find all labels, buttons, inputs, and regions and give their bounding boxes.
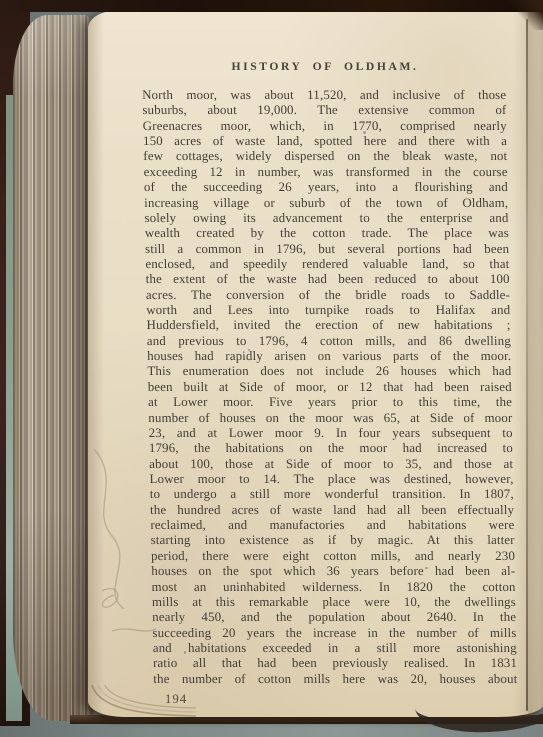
text-line: wealth created by the cotton trade. The …: [145, 226, 509, 241]
text-line: still a common in 1796, but several port…: [145, 242, 509, 257]
book-cover-top-edge: [0, 0, 543, 12]
page-edge-shadow: [528, 11, 543, 717]
page-stack-fore-edge: [13, 15, 95, 721]
text-line: houses had rapidly arisen on various par…: [147, 349, 511, 364]
text-line: succeeding 20 years the increase in the …: [152, 626, 516, 641]
text-line: about 100, those at Side of moor to 35, …: [149, 457, 513, 472]
text-line: solely owing its advancement to the ente…: [144, 211, 508, 226]
text-line: to undergo a still more wonderful transi…: [150, 487, 514, 502]
text-line: of the succeeding 26 years, into a flour…: [144, 180, 508, 195]
text-line: Greenacres moor, which, in 1770, compris…: [143, 119, 507, 134]
text-line: and previous to 1796, 4 cotton mills, an…: [147, 334, 511, 349]
text-line: period, there were eight cotton mills, a…: [151, 549, 515, 564]
text-line: exceeding 12 in number, was transformed …: [143, 165, 507, 180]
page-number: 194: [165, 692, 187, 707]
stain: [363, 131, 366, 134]
text-line: the extent of the waste had been reduced…: [146, 272, 510, 287]
text-line: and habitations exceeded in a still more…: [153, 641, 517, 656]
text-line: nearly 450, and the population about 264…: [152, 610, 516, 625]
text-line: 23, and at Lower moor 9. In four years s…: [148, 426, 512, 441]
stain: [425, 567, 428, 569]
running-header: HISTORY OF OLDHAM.: [142, 60, 508, 73]
text-line: number of houses on the moor was 65, at …: [148, 411, 512, 426]
text-line: most an uninhabited wilderness. In 1820 …: [151, 580, 515, 595]
text-line: been built at Side of moor, or 12 that h…: [148, 380, 512, 395]
text-line: enclosed, and speedily rendered valuable…: [145, 257, 509, 272]
text-line: increasing village or suburb of the town…: [144, 196, 508, 211]
text-line: 1796, the habitations on the moor had in…: [149, 441, 513, 456]
text-line: Lower moor to 14. The place was destined…: [149, 472, 513, 487]
text-line: few cottages, widely dispersed on the bl…: [143, 149, 507, 164]
text-line: This enumeration does not include 26 hou…: [147, 364, 511, 379]
text-line: 150 acres of waste land, spotted here an…: [143, 134, 507, 149]
text-line: suburbs, about 19,000. The extensive com…: [142, 103, 506, 118]
text-line: at Lower moor. Five years prior to this …: [148, 395, 512, 410]
text-line: mills at this remarkable place were 10, …: [152, 595, 516, 610]
text-line: Huddersfield, invited the erection of ne…: [146, 318, 510, 333]
cover-corner-top-right: [491, 0, 543, 30]
text-line: acres. The conversion of the bridle road…: [146, 288, 510, 303]
text-line: ratio all that had been previously reali…: [153, 656, 517, 671]
body-text-block: North moor, was about 11,520, and inclus…: [142, 88, 518, 687]
stain: [184, 651, 186, 654]
stain: [248, 349, 250, 351]
book-page: HISTORY OF OLDHAM. North moor, was about…: [88, 11, 543, 717]
text-line: houses on the spot which 36 years before…: [151, 564, 515, 579]
book-photo: HISTORY OF OLDHAM. North moor, was about…: [0, 0, 543, 737]
text-line: starting into existence as if by magic. …: [151, 533, 515, 548]
text-line: worth and Lees into turnpike roads to Ha…: [146, 303, 510, 318]
text-line: the hundred acres of waste land had all …: [150, 503, 514, 518]
text-line: North moor, was about 11,520, and inclus…: [142, 88, 506, 103]
text-line: reclaimed, and manufactories and habitat…: [150, 518, 514, 533]
